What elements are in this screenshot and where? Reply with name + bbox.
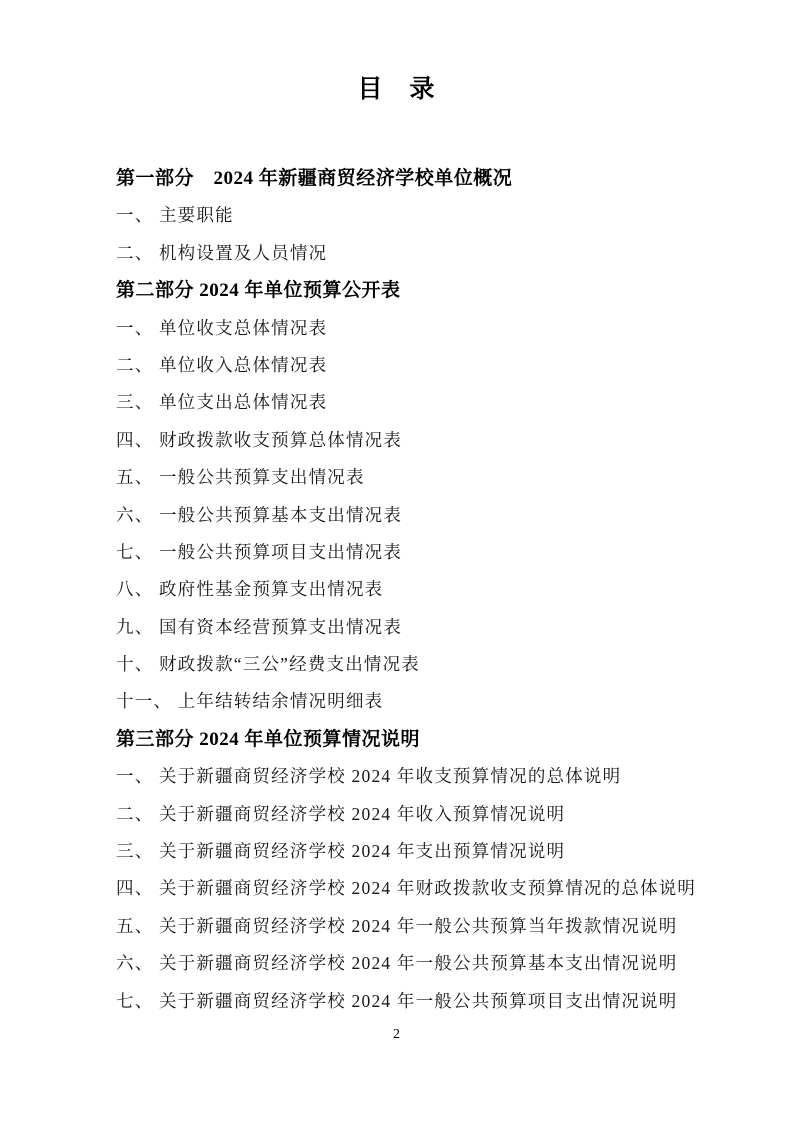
toc-item: 五、 一般公共预算支出情况表 bbox=[116, 459, 703, 496]
toc-item: 六、 一般公共预算基本支出情况表 bbox=[116, 497, 703, 534]
toc-item: 一、 主要职能 bbox=[116, 197, 703, 234]
toc-item: 四、 财政拨款收支预算总体情况表 bbox=[116, 422, 703, 459]
toc-item: 十、 财政拨款“三公”经费支出情况表 bbox=[116, 646, 703, 683]
toc-item: 七、 一般公共预算项目支出情况表 bbox=[116, 534, 703, 571]
toc-item: 九、 国有资本经营预算支出情况表 bbox=[116, 609, 703, 646]
page-title: 目 录 bbox=[0, 0, 793, 105]
toc-item: 三、 单位支出总体情况表 bbox=[116, 384, 703, 421]
toc-item: 七、 关于新疆商贸经济学校 2024 年一般公共预算项目支出情况说明 bbox=[116, 983, 703, 1020]
toc-item: 十一、 上年结转结余情况明细表 bbox=[116, 683, 703, 720]
toc-item: 二、 机构设置及人员情况 bbox=[116, 235, 703, 272]
toc-item: 四、 关于新疆商贸经济学校 2024 年财政拨款收支预算情况的总体说明 bbox=[116, 870, 703, 907]
toc-item: 二、 单位收入总体情况表 bbox=[116, 347, 703, 384]
toc-section-heading: 第三部分 2024 年单位预算情况说明 bbox=[116, 721, 703, 758]
table-of-contents: 第一部分 2024 年新疆商贸经济学校单位概况一、 主要职能二、 机构设置及人员… bbox=[116, 160, 703, 1020]
toc-section-heading: 第一部分 2024 年新疆商贸经济学校单位概况 bbox=[116, 160, 703, 197]
toc-item: 一、 关于新疆商贸经济学校 2024 年收支预算情况的总体说明 bbox=[116, 758, 703, 795]
toc-item: 五、 关于新疆商贸经济学校 2024 年一般公共预算当年拨款情况说明 bbox=[116, 908, 703, 945]
toc-item: 八、 政府性基金预算支出情况表 bbox=[116, 571, 703, 608]
toc-item: 六、 关于新疆商贸经济学校 2024 年一般公共预算基本支出情况说明 bbox=[116, 945, 703, 982]
toc-item: 二、 关于新疆商贸经济学校 2024 年收入预算情况说明 bbox=[116, 796, 703, 833]
toc-section-heading: 第二部分 2024 年单位预算公开表 bbox=[116, 272, 703, 309]
toc-item: 一、 单位收支总体情况表 bbox=[116, 310, 703, 347]
document-page: 目 录 第一部分 2024 年新疆商贸经济学校单位概况一、 主要职能二、 机构设… bbox=[0, 0, 793, 1122]
toc-item: 三、 关于新疆商贸经济学校 2024 年支出预算情况说明 bbox=[116, 833, 703, 870]
page-number: 2 bbox=[0, 1027, 793, 1043]
